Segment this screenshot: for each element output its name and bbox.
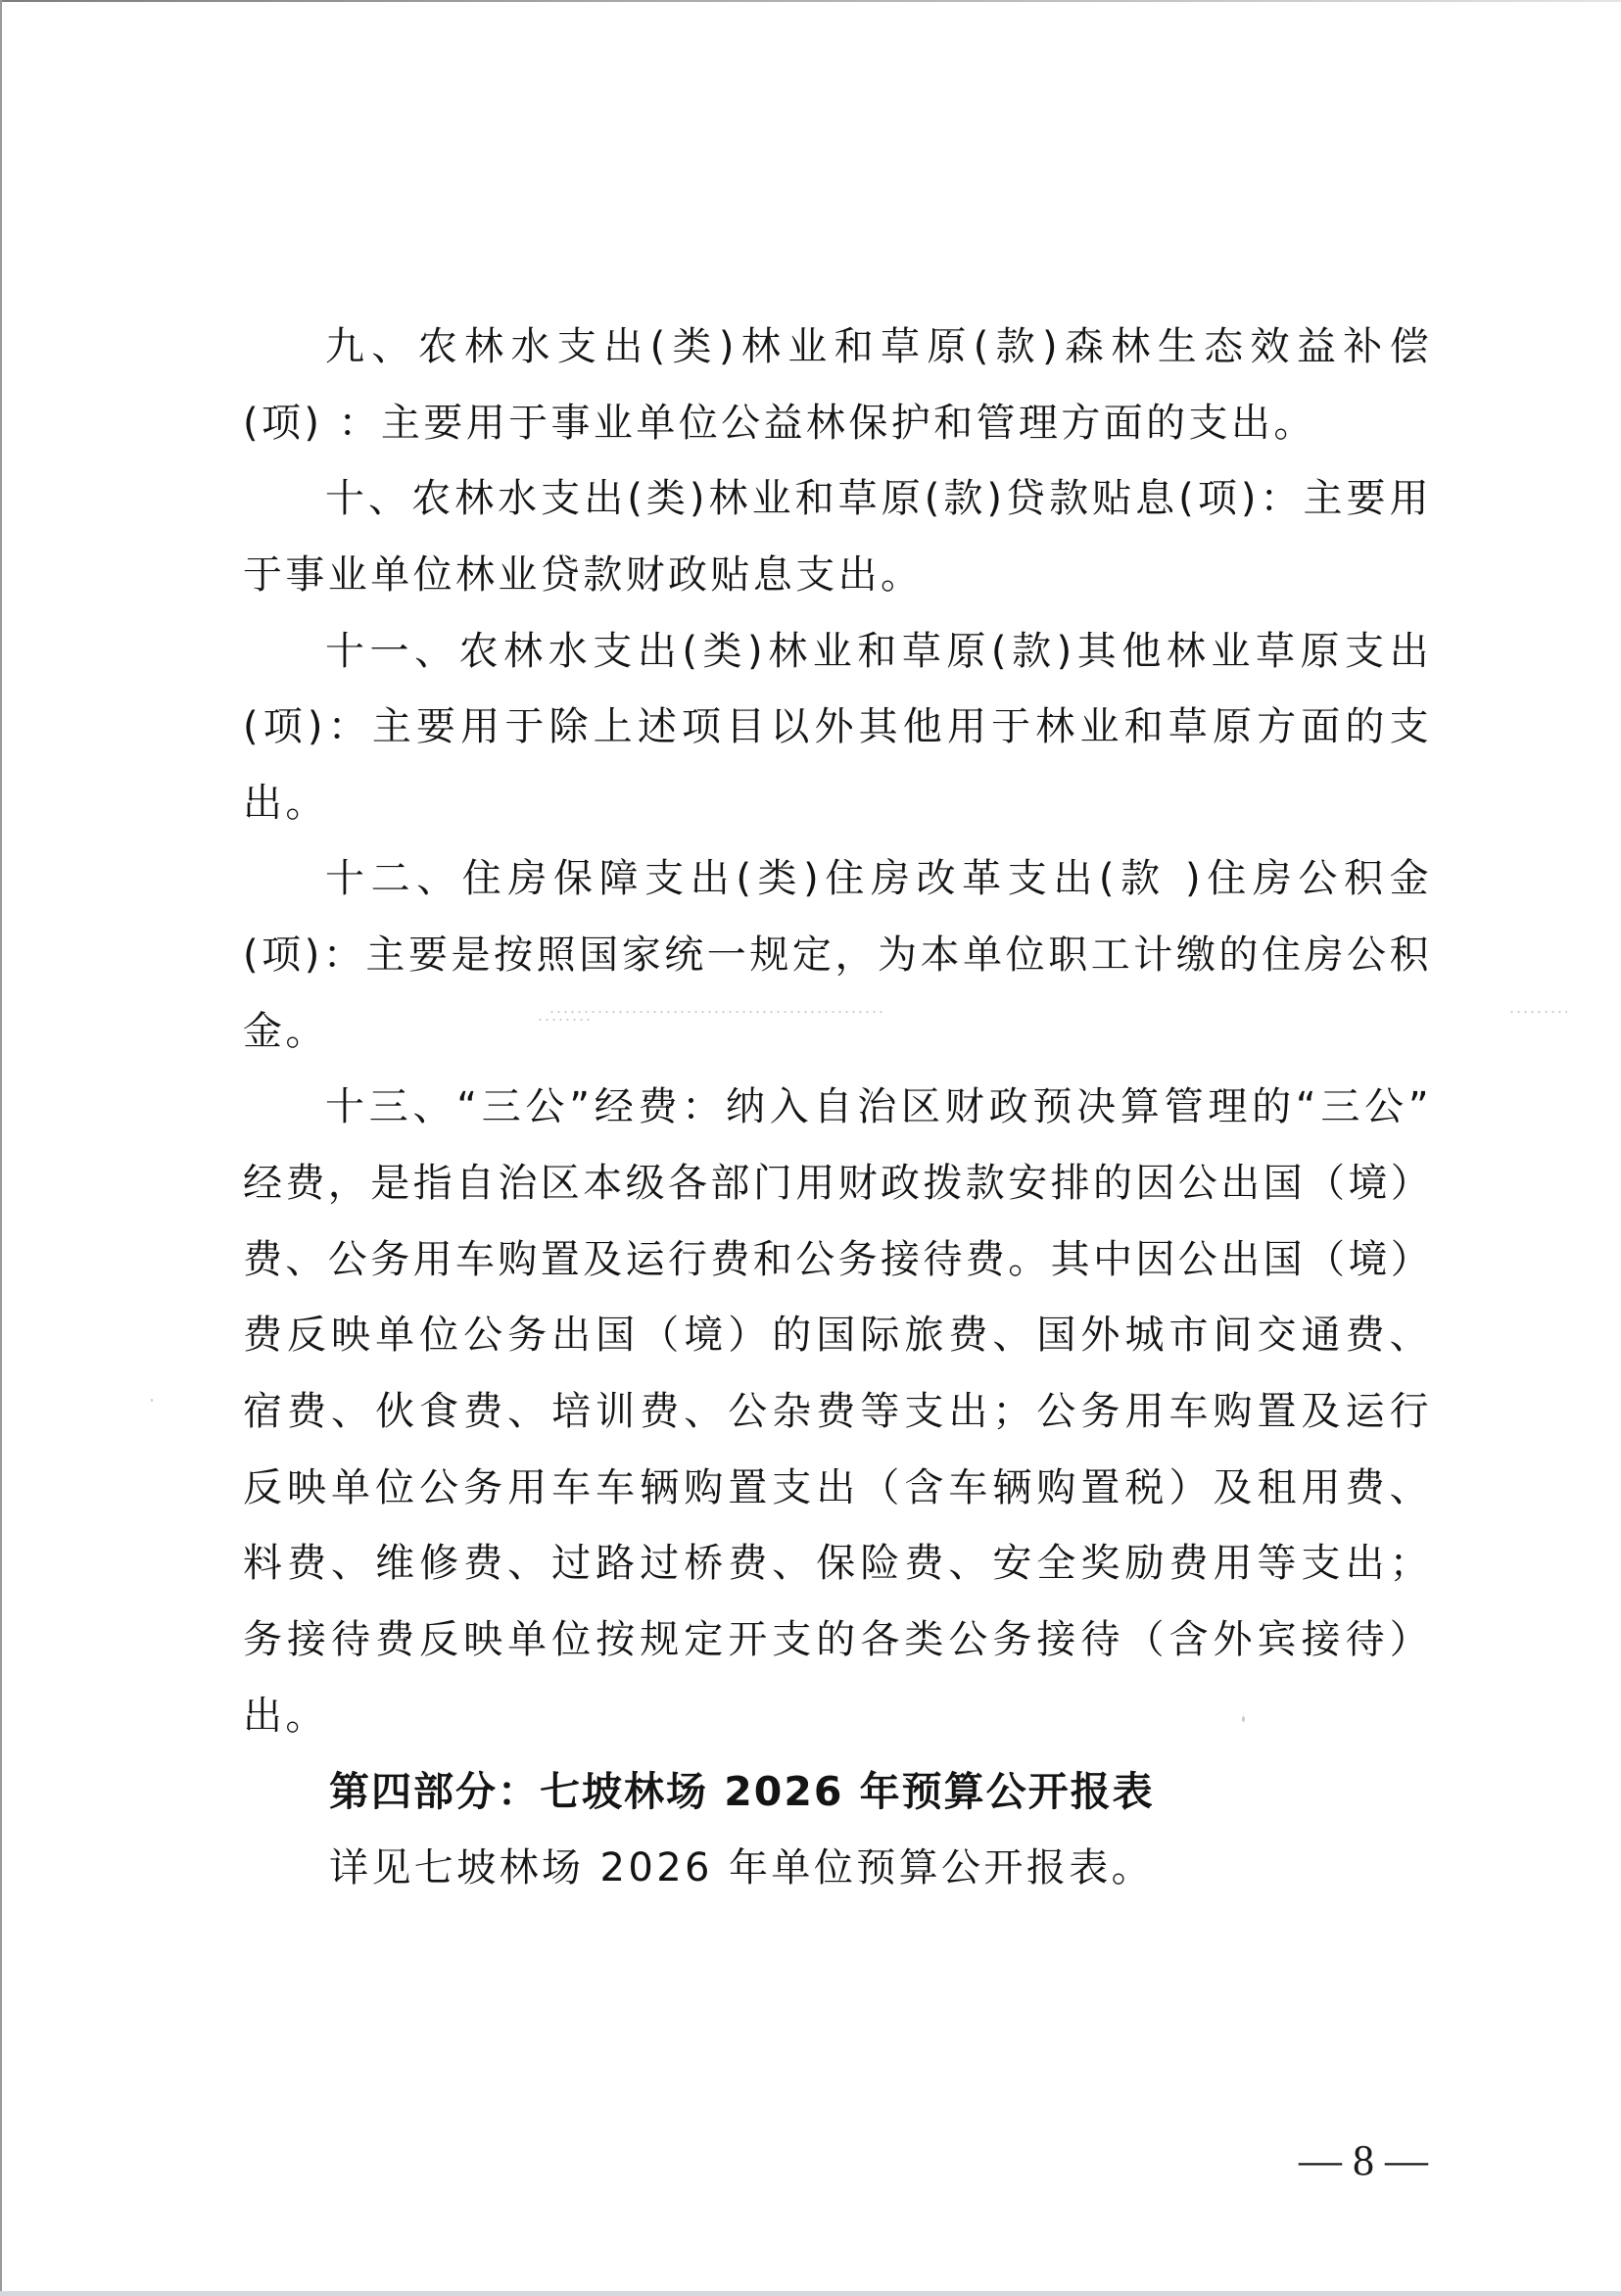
paragraph-12-line-2: (项)：主要是按照国家统一规定，为本单位职工计缴的住房公积 [243, 918, 1432, 994]
section-heading: 第四部分：七坡林场 2026 年预算公开报表 [329, 1754, 1621, 1831]
paragraph-10-line-1: 十、农林水支出(类)林业和草原(款)贷款贴息(项)：主要用 [325, 461, 1432, 538]
scan-edge-bottom [0, 2291, 1621, 2296]
paragraph-11-line-3: 出。 [243, 766, 1432, 842]
paragraph-11-line-2: (项)：主要用于除上述项目以外其他用于林业和草原方面的支 [243, 690, 1432, 766]
scan-edge-top [0, 0, 1621, 2]
paragraph-13-line-3: 费、公务用车购置及运行费和公务接待费。其中因公出国（境） [243, 1222, 1432, 1299]
paragraph-13-line-2: 经费，是指自治区本级各部门用财政拨款安排的因公出国（境） [243, 1146, 1432, 1222]
paragraph-13-line-9: 出。 [243, 1679, 1432, 1755]
paragraph-9-line-2: (项) ：主要用于事业单位公益林保护和管理方面的支出。 [243, 386, 1432, 462]
paragraph-13-line-6: 反映单位公务用车车辆购置支出（含车辆购置税）及租用费、燃 [243, 1451, 1432, 1527]
paragraph-13-line-7: 料费、维修费、过路过桥费、保险费、安全奖励费用等支出；公 [243, 1526, 1432, 1602]
page-number: — 8 — [1299, 2131, 1428, 2190]
document-page: 九、农林水支出(类)林业和草原(款)森林生态效益补偿 (项) ：主要用于事业单位… [0, 0, 1621, 2296]
paragraph-13-line-8: 务接待费反映单位按规定开支的各类公务接待（含外宾接待）支 [243, 1602, 1432, 1679]
paragraph-12-line-1: 十二、住房保障支出(类)住房改革支出(款 )住房公积金 [325, 841, 1432, 918]
paragraph-11-line-1: 十一、农林水支出(类)林业和草原(款)其他林业草原支出 [325, 614, 1432, 691]
paragraph-10-line-2: 于事业单位林业贷款财政贴息支出。 [243, 538, 1432, 614]
document-body: 九、农林水支出(类)林业和草原(款)森林生态效益补偿 (项) ：主要用于事业单位… [0, 310, 1621, 1906]
paragraph-13-line-5: 宿费、伙食费、培训费、公杂费等支出；公务用车购置及运行费 [243, 1374, 1432, 1451]
paragraph-13-line-1: 十三、“三公”经费：纳入自治区财政预决算管理的“三公” [325, 1070, 1432, 1146]
paragraph-9-line-1: 九、农林水支出(类)林业和草原(款)森林生态效益补偿 [325, 310, 1432, 386]
section-body: 详见七坡林场 2026 年单位预算公开报表。 [329, 1831, 1621, 1907]
paragraph-13-line-4: 费反映单位公务出国（境）的国际旅费、国外城市间交通费、住 [243, 1298, 1432, 1374]
paragraph-12-line-3: 金。 [243, 994, 1432, 1071]
